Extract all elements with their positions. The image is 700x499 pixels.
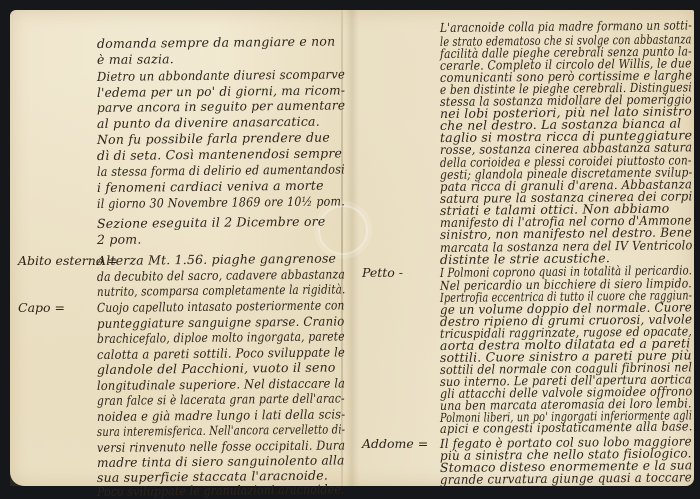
manuscript-line: al punto da divenire anasarcatica. <box>97 113 345 131</box>
manuscript-line: glandole del Pacchioni, vuoto il seno <box>97 359 345 377</box>
manuscript-line: Non fu possibile farla prendere due <box>97 129 345 147</box>
manuscript-line: Dietro un abbondante diuresi scomparve <box>97 67 328 84</box>
manuscript-line: Poco sviluppate le granulazioni aracnoid… <box>97 482 313 499</box>
manuscript-line: Sezione eseguita il 2 Dicembre ore <box>97 213 345 231</box>
manuscript-line: brachicefalo, diploe molto ingorgata, pa… <box>97 329 310 346</box>
margin-note: Capo = <box>18 300 65 315</box>
manuscript-line: dì di seta. Così mantenendosi sempre <box>97 145 345 163</box>
manuscript-line: i fenomeni cardiaci veniva a morte <box>97 177 345 195</box>
manuscript-line: domanda sempre da mangiare e non <box>97 33 345 51</box>
manuscript-line: nutrito, scomparsa completamente la rigi… <box>97 282 302 299</box>
manuscript-line: parve ancora in seguito per aumentare <box>97 97 338 115</box>
manuscript-line: grande curvatura giunge quasi a toccare <box>440 470 678 487</box>
manuscript-line: Alterza Mt. 1.56. piaghe gangrenose <box>97 250 345 268</box>
margin-note: Petto - <box>362 265 403 280</box>
manuscript-line: 2 pom. <box>97 229 345 247</box>
manuscript-line: il giorno 30 Novembre 1869 ore 10½ pom. <box>97 194 318 211</box>
manuscript-line: sura interemisferica. Nell'ancora cervel… <box>97 422 295 439</box>
margin-note: Addome = <box>362 436 428 451</box>
margin-note: Abito esterno = <box>18 253 118 268</box>
manuscript-line: Cuojo capelluto intasato posteriormente … <box>97 298 308 315</box>
manuscript-line: la stessa forma di delirio ed aumentando… <box>97 162 318 179</box>
manuscript-line: è mai sazia. <box>97 49 345 67</box>
manuscript-line: gran falce si è lacerata gran parte dell… <box>97 391 310 408</box>
